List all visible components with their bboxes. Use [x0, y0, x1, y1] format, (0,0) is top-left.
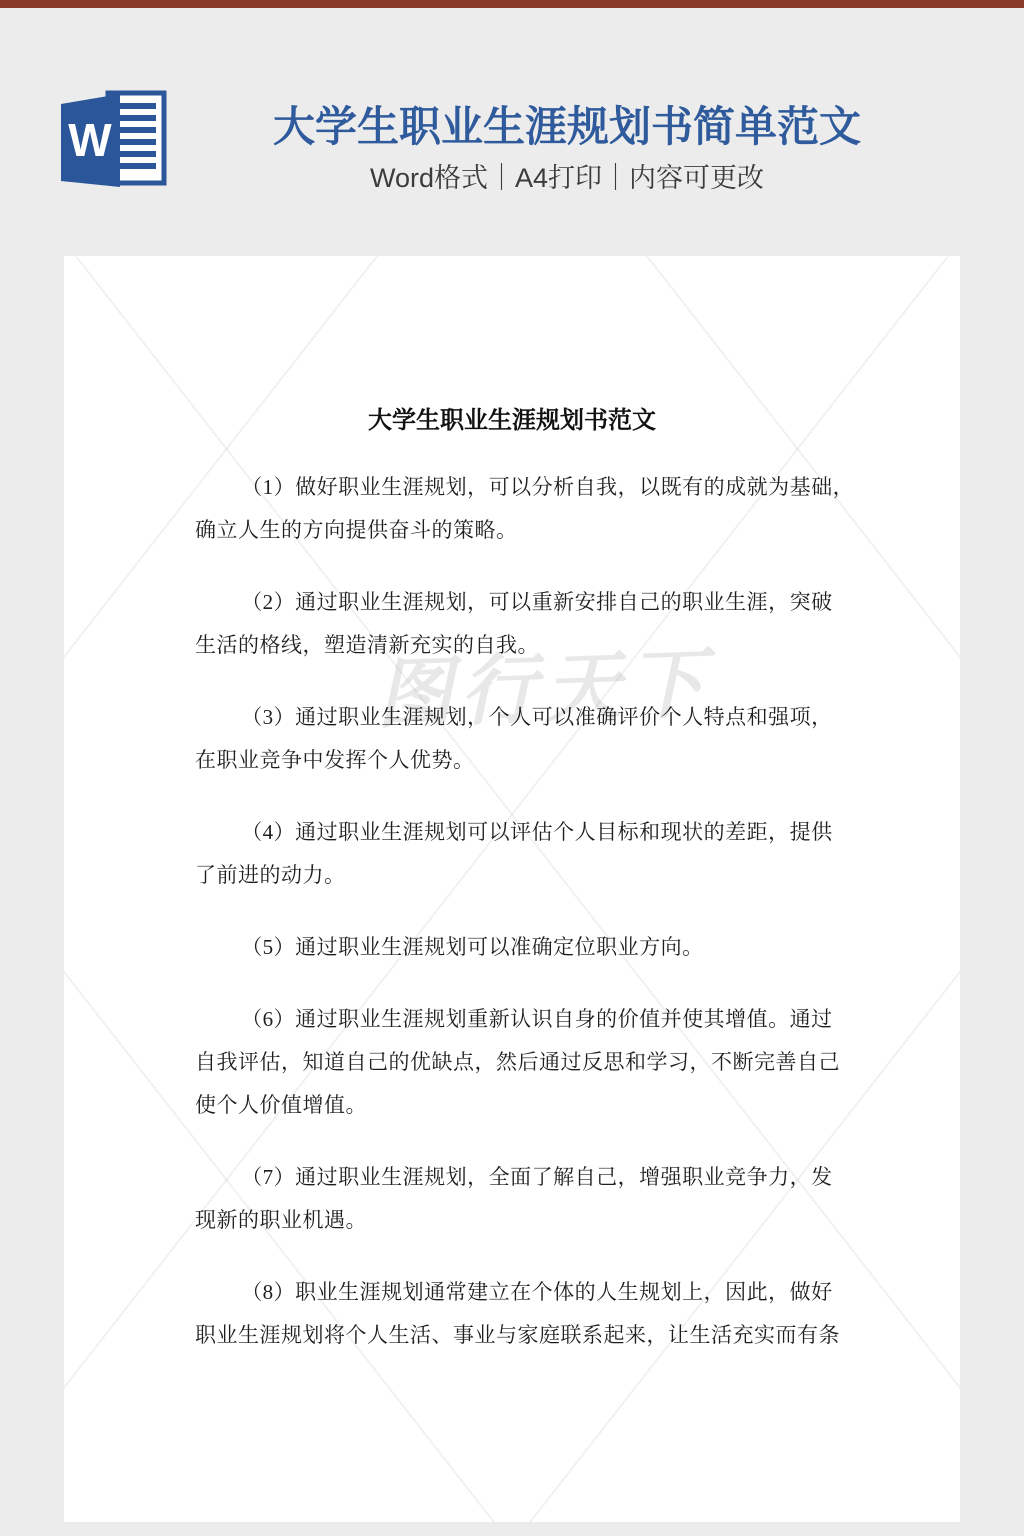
- word-icon-letter: W: [68, 114, 112, 166]
- word-icon: W: [58, 86, 170, 194]
- top-accent-bar: [0, 0, 1024, 8]
- paragraph-line: （1）做好职业生涯规划，可以分析自我，以既有的成就为基础，: [195, 466, 842, 509]
- paragraph: （5）通过职业生涯规划可以准确定位职业方向。: [195, 926, 842, 969]
- paragraph-line: 了前进的动力。: [195, 854, 842, 897]
- paragraph-line: （7）通过职业生涯规划，全面了解自己，增强职业竞争力，发: [195, 1156, 842, 1199]
- paragraph-line: 生活的格线，塑造清新充实的自我。: [195, 624, 842, 667]
- paragraph-line: （6）通过职业生涯规划重新认识自身的价值并使其增值。通过: [195, 998, 842, 1041]
- paragraph: （6）通过职业生涯规划重新认识自身的价值并使其增值。通过自我评估，知道自己的优缺…: [195, 998, 842, 1127]
- paragraph: （2）通过职业生涯规划，可以重新安排自己的职业生涯，突破生活的格线，塑造清新充实…: [195, 581, 842, 667]
- paragraph-line: （2）通过职业生涯规划，可以重新安排自己的职业生涯，突破: [195, 581, 842, 624]
- paragraph: （3）通过职业生涯规划，个人可以准确评价个人特点和强项，在职业竞争中发挥个人优势…: [195, 696, 842, 782]
- paragraph-line: 使个人价值增值。: [195, 1084, 842, 1127]
- paragraph-line: 自我评估，知道自己的优缺点，然后通过反思和学习，不断完善自己: [195, 1041, 842, 1084]
- paragraph: （7）通过职业生涯规划，全面了解自己，增强职业竞争力，发现新的职业机遇。: [195, 1156, 842, 1242]
- paragraph-line: （4）通过职业生涯规划可以评估个人目标和现状的差距，提供: [195, 811, 842, 854]
- paragraph-line: 在职业竞争中发挥个人优势。: [195, 739, 842, 782]
- page-subtitle: Word格式｜A4打印｜内容可更改: [170, 156, 964, 195]
- document-body: （1）做好职业生涯规划，可以分析自我，以既有的成就为基础，确立人生的方向提供奋斗…: [64, 466, 960, 1357]
- document-title: 大学生职业生涯规划书范文: [64, 400, 960, 435]
- paragraph: （1）做好职业生涯规划，可以分析自我，以既有的成就为基础，确立人生的方向提供奋斗…: [195, 466, 842, 552]
- paragraph-line: （8）职业生涯规划通常建立在个体的人生规划上，因此，做好: [195, 1271, 842, 1314]
- paragraph: （4）通过职业生涯规划可以评估个人目标和现状的差距，提供了前进的动力。: [195, 811, 842, 897]
- paragraph-line: 现新的职业机遇。: [195, 1199, 842, 1242]
- page-title: 大学生职业生涯规划书简单范文: [170, 94, 964, 154]
- paragraph-line: （5）通过职业生涯规划可以准确定位职业方向。: [195, 926, 842, 969]
- paragraph: （8）职业生涯规划通常建立在个体的人生规划上，因此，做好职业生涯规划将个人生活、…: [195, 1271, 842, 1357]
- document-page: 图行天下 大学生职业生涯规划书范文 （1）做好职业生涯规划，可以分析自我，以既有…: [64, 256, 960, 1522]
- paragraph-line: 确立人生的方向提供奋斗的策略。: [195, 509, 842, 552]
- paragraph-line: （3）通过职业生涯规划，个人可以准确评价个人特点和强项，: [195, 696, 842, 739]
- paragraph-line: 职业生涯规划将个人生活、事业与家庭联系起来，让生活充实而有条: [195, 1314, 842, 1357]
